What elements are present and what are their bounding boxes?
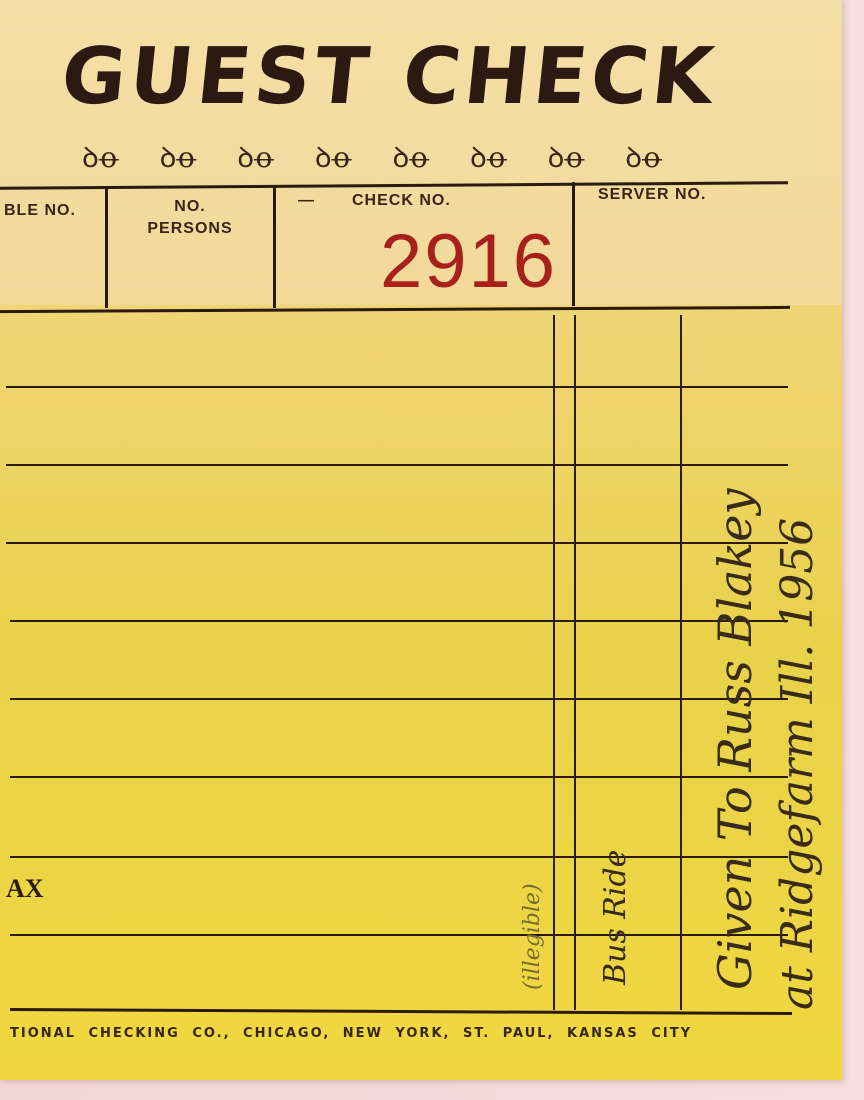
persons-label-line1: NO. xyxy=(120,196,260,218)
handwriting-scribble: (illegible) xyxy=(520,883,545,990)
ornament-icon: ꝺꝋ xyxy=(160,138,197,176)
ornament-row: ꝺꝋ ꝺꝋ ꝺꝋ ꝺꝋ ꝺꝋ ꝺꝋ ꝺꝋ ꝺꝋ xyxy=(82,138,662,176)
ruled-line xyxy=(6,464,788,466)
check-title: GUEST CHECK xyxy=(57,32,721,122)
header-divider-3 xyxy=(572,182,575,306)
footer-rule xyxy=(10,1008,792,1015)
server-no-label: SERVER NO. xyxy=(598,186,706,204)
header-divider-1 xyxy=(105,186,108,308)
ornament-icon: ꝺꝋ xyxy=(82,138,119,176)
ruled-line xyxy=(10,698,788,700)
amount-column-line xyxy=(553,315,555,1010)
check-no-label: CHECK NO. xyxy=(352,192,451,210)
header-bottom-rule xyxy=(0,306,790,313)
ornament-icon: ꝺꝋ xyxy=(315,138,352,176)
ruled-line xyxy=(10,934,788,936)
ornament-icon: ꝺꝋ xyxy=(625,138,662,176)
extra-column-line xyxy=(680,315,682,1010)
ruled-line xyxy=(10,776,788,778)
check-number: 2916 xyxy=(380,218,557,305)
printer-footer: TIONAL CHECKING CO., CHICAGO, NEW YORK, … xyxy=(10,1026,692,1041)
guest-check-paper: GUEST CHECK ꝺꝋ ꝺꝋ ꝺꝋ ꝺꝋ ꝺꝋ ꝺꝋ ꝺꝋ ꝺꝋ BLE … xyxy=(0,0,842,1080)
ruled-line xyxy=(6,542,788,544)
persons-label: NO. PERSONS xyxy=(120,196,260,240)
tax-label: AX xyxy=(6,874,44,904)
ruled-line xyxy=(10,620,788,622)
ornament-icon: ꝺꝋ xyxy=(548,138,585,176)
handwriting-given-to: Given To Russ Blakey xyxy=(708,489,762,990)
amount-column-line xyxy=(574,315,576,1010)
handwriting-location-year: at Ridgefarm Ill. 1956 xyxy=(772,518,823,1010)
header-divider-2 xyxy=(273,186,276,308)
persons-label-line2: PERSONS xyxy=(120,218,260,240)
ruled-line xyxy=(10,856,788,858)
ornament-icon: ꝺꝋ xyxy=(237,138,274,176)
table-no-label: BLE NO. xyxy=(4,202,76,220)
check-no-dash: — xyxy=(298,192,315,210)
ornament-icon: ꝺꝋ xyxy=(470,138,507,176)
ornament-icon: ꝺꝋ xyxy=(392,138,429,176)
ruled-line xyxy=(6,386,788,388)
handwriting-bus-ride: Bus Ride xyxy=(598,850,633,985)
